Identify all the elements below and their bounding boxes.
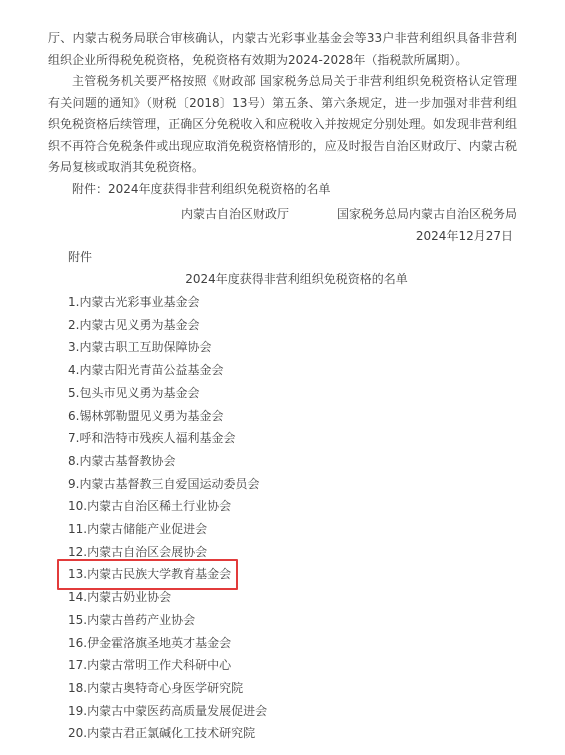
list-item: 14.内蒙古奶业协会 [68,586,517,609]
signature-finance-dept: 内蒙古自治区财政厅 [181,204,289,226]
document-date: 2024年12月27日 [48,226,517,248]
list-item: 16.伊金霍洛旗圣地英才基金会 [68,632,517,655]
list-item: 2.内蒙古见义勇为基金会 [68,314,517,337]
paragraph-regulation: 主管税务机关要严格按照《财政部 国家税务总局关于非营利组织免税资格认定管理有关问… [48,71,517,179]
list-item: 19.内蒙古中蒙医药高质量发展促进会 [68,700,517,723]
list-item: 6.锡林郭勒盟见义勇为基金会 [68,405,517,428]
list-item: 7.呼和浩特市残疾人福利基金会 [68,427,517,450]
list-item: 5.包头市见义勇为基金会 [68,382,517,405]
list-item: 10.内蒙古自治区稀土行业协会 [68,495,517,518]
list-item: 20.内蒙古君正氯碱化工技术研究院 [68,722,517,745]
list-title: 2024年度获得非营利组织免税资格的名单 [48,269,517,291]
list-item highlighted-list-item: 13.内蒙古民族大学教育基金会 [68,563,517,586]
document-body: 厅、内蒙古税务局联合审核确认，内蒙古光彩事业基金会等33户非营利组织具备非营利组… [0,0,565,745]
list-item: 8.内蒙古基督教协会 [68,450,517,473]
list-item: 3.内蒙古职工互助保障协会 [68,336,517,359]
signature-tax-bureau: 国家税务总局内蒙古自治区税务局 [337,204,517,226]
attachment-label: 附件 [48,247,517,269]
list-item: 4.内蒙古阳光青苗公益基金会 [68,359,517,382]
list-item: 17.内蒙古常明工作犬科研中心 [68,654,517,677]
list-item: 15.内蒙古兽药产业协会 [68,609,517,632]
list-item: 18.内蒙古奥特奇心身医学研究院 [68,677,517,700]
list-item: 11.内蒙古储能产业促进会 [68,518,517,541]
paragraph-continuation: 厅、内蒙古税务局联合审核确认，内蒙古光彩事业基金会等33户非营利组织具备非营利组… [48,28,517,71]
attachment-reference-line: 附件：2024年度获得非营利组织免税资格的名单 [48,179,517,201]
list-item: 1.内蒙古光彩事业基金会 [68,291,517,314]
signature-row: 内蒙古自治区财政厅 国家税务总局内蒙古自治区税务局 [48,204,517,226]
list-item: 9.内蒙古基督教三自爱国运动委员会 [68,473,517,496]
organization-list: 1.内蒙古光彩事业基金会 2.内蒙古见义勇为基金会 3.内蒙古职工互助保障协会 … [48,291,517,745]
